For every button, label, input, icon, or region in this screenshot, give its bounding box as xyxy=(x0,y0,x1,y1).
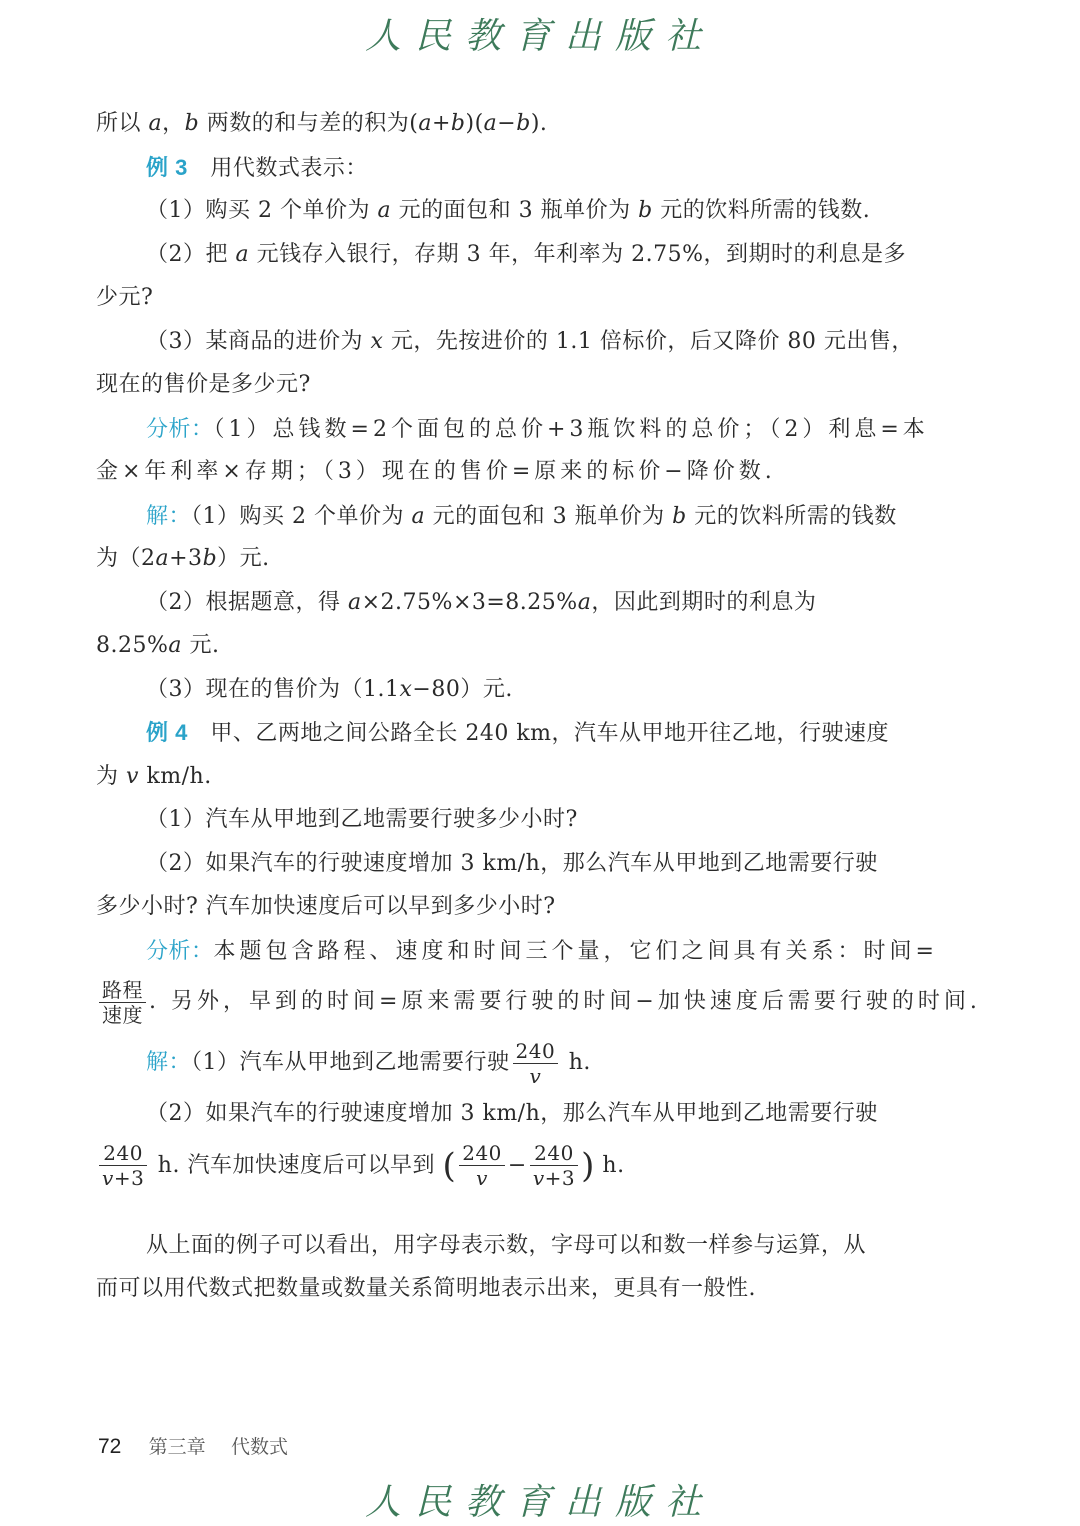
fraction-240-over-v: 240v xyxy=(513,1039,559,1088)
publisher-logo-top: 人民教育出版社 xyxy=(0,8,1080,59)
example4-question-1: （1）汽车从甲地到乙地需要行驶多少小时? xyxy=(96,798,942,842)
conclusion-paragraph-cont: 而可以用代数式把数量或数量关系简明地表示出来，更具有一般性. xyxy=(96,1267,942,1311)
fraction-240-over-v-plus-3: 240v+3 xyxy=(530,1141,578,1190)
example3-solution-2: （2）根据题意，得 a×2.75%×3=8.25%a，因此到期时的利息为 xyxy=(96,581,942,625)
fraction-240-over-v-plus-3: 240v+3 xyxy=(99,1141,147,1190)
example3-analysis: 分析：（1）总钱数=2个面包的总价+3瓶饮料的总价；（2）利息=本 xyxy=(96,407,942,451)
example3-question-2: （2）把 a 元钱存入银行，存期 3 年，年利率为 2.75%，到期时的利息是多 xyxy=(96,233,942,277)
example3-solution-1-cont: 为（2a+3b）元. xyxy=(96,537,942,581)
analysis-label: 分析： xyxy=(146,938,214,963)
solution-label: 解： xyxy=(146,1049,191,1074)
solution-label: 解： xyxy=(146,503,191,528)
chapter-label: 第三章 xyxy=(149,1437,206,1458)
example3-question-3: （3）某商品的进价为 x 元，先按进价的 1.1 倍标价，后又降价 80 元出售… xyxy=(96,320,942,364)
conclusion-paragraph: 从上面的例子可以看出，用字母表示数，字母可以和数一样参与运算，从 xyxy=(96,1224,942,1268)
intro-line: 所以 a，b 两数的和与差的积为(a+b)(a−b). xyxy=(96,102,942,146)
example4-heading: 例 4 甲、乙两地之间公路全长 240 km，汽车从甲地开往乙地，行驶速度 xyxy=(96,711,942,755)
example3-solution-2-cont: 8.25%a 元. xyxy=(96,624,942,668)
example3-question-1: （1）购买 2 个单价为 a 元的面包和 3 瓶单价为 b 元的饮料所需的钱数. xyxy=(96,189,942,233)
example4-heading-cont: 为 v km/h. xyxy=(96,755,942,799)
textbook-page: 所以 a，b 两数的和与差的积为(a+b)(a−b). 例 3 用代数式表示： … xyxy=(96,102,942,1311)
example4-question-2-cont: 多少小时? 汽车加快速度后可以早到多少小时? xyxy=(96,885,942,929)
section-label: 代数式 xyxy=(231,1437,288,1458)
example4-solution-2-cont: 240v+3 h. 汽车加快速度后可以早到 (240v−240v+3) h. xyxy=(96,1136,942,1196)
page-number: 72 xyxy=(98,1435,121,1458)
example3-solution-3: （3）现在的售价为（1.1x−80）元. xyxy=(96,668,942,712)
example3-analysis-cont: 金×年利率×存期；（3）现在的售价=原来的标价−降价数. xyxy=(96,450,942,494)
example4-analysis-cont: 路程速度. 另外，早到的时间=原来需要行驶的时间−加快速度后需要行驶的时间. xyxy=(96,972,942,1032)
example4-analysis: 分析：本题包含路程、速度和时间三个量，它们之间具有关系：时间= xyxy=(96,929,942,973)
example3-question-2-cont: 少元? xyxy=(96,276,942,320)
fraction-240-over-v: 240v xyxy=(459,1141,505,1190)
example3-solution-1: 解：（1）购买 2 个单价为 a 元的面包和 3 瓶单价为 b 元的饮料所需的钱… xyxy=(96,494,942,538)
page-footer: 72 第三章 代数式 xyxy=(98,1432,288,1459)
example4-solution-1: 解：（1）汽车从甲地到乙地需要行驶240v h. xyxy=(96,1032,942,1092)
example3-question-3-cont: 现在的售价是多少元? xyxy=(96,363,942,407)
example-label: 例 4 xyxy=(146,720,188,745)
analysis-label: 分析： xyxy=(146,416,214,441)
example-label: 例 3 xyxy=(146,155,188,180)
example4-question-2: （2）如果汽车的行驶速度增加 3 km/h，那么汽车从甲地到乙地需要行驶 xyxy=(96,842,942,886)
fraction-distance-over-speed: 路程速度 xyxy=(99,978,146,1027)
example3-heading: 例 3 用代数式表示： xyxy=(96,146,942,190)
example4-solution-2: （2）如果汽车的行驶速度增加 3 km/h，那么汽车从甲地到乙地需要行驶 xyxy=(96,1092,942,1136)
publisher-logo-bottom: 人民教育出版社 xyxy=(0,1474,1080,1525)
